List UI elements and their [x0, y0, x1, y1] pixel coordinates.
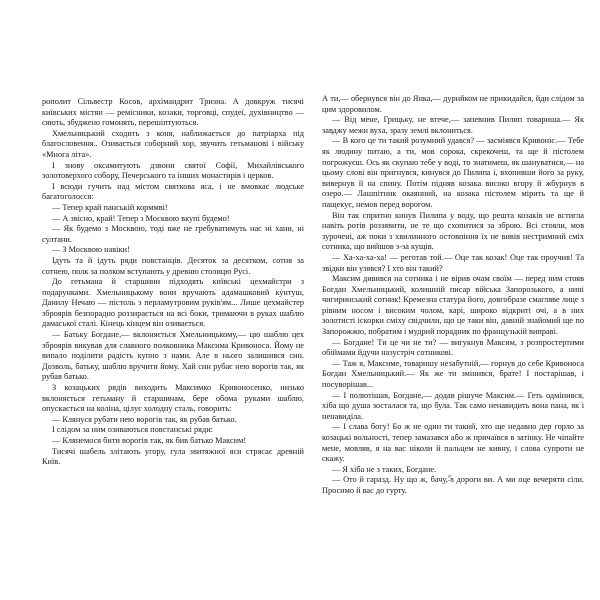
paragraph: До гетьмана й старшини підходять київськ… [42, 277, 304, 330]
paragraph: — В кого це ти такий розумний удався? — … [322, 136, 584, 210]
paragraph: Хмельницький сходить з коня, наближаєтьс… [42, 129, 304, 161]
paragraph: — Тепер край панській корммві! [42, 203, 304, 214]
paragraph: А ти,— обернувся він до Янка,— дурнйком … [322, 94, 584, 115]
paragraph: І всюди гучить над містом святкова яса, … [42, 182, 304, 203]
paragraph: — Таж я, Максиме, товаришу незабутній,— … [322, 359, 584, 391]
paragraph: рополит Сільвестр Косов, архімандрит Три… [42, 97, 304, 129]
paragraph: — А звісно, край! Тепер з Москвою вкупі … [42, 214, 304, 225]
paragraph: — Клянуся рубати нею ворогів так, як руб… [42, 415, 304, 426]
paragraph: — Клянемося бити ворогів так, як бив бат… [42, 436, 304, 447]
paragraph: — З Москвою навіки! [42, 245, 304, 256]
paragraph: З козацьких рядів виходить Максимко Крив… [42, 383, 304, 415]
paragraph: — Богдане! Ти це чи не ти? — вигукнув Ма… [322, 338, 584, 359]
paragraph: — Ха-ха-ха-ха! — реготав той.— Оце так к… [322, 253, 584, 274]
paragraph: І знову оксамитують дзвони святої Софії,… [42, 161, 304, 182]
paragraph: — І слава богу! Бо ж не один ти такий, х… [322, 422, 584, 464]
paragraph: Тисячі шабель злітають угору, гула звитя… [42, 447, 304, 468]
paragraph: — І полютішав, Богдане,— додав рішуче Ма… [322, 391, 584, 423]
paragraph: — Батьку Богдане,— вклоняється Хмельниць… [42, 330, 304, 383]
paragraph: — Ото й гаразд. Ну що ж, бачу, з дороги … [322, 475, 584, 496]
paragraph: — Я хіба не з таких, Богдане. [322, 465, 584, 476]
page-number: 5 [448, 474, 452, 483]
right-column: А ти,— обернувся він до Янка,— дурнйком … [322, 94, 584, 497]
left-column: рополит Сільвестр Косов, архімандрит Три… [42, 97, 304, 468]
paragraph: Ідуть та й ідуть ряди повстанців. Десято… [42, 256, 304, 277]
paragraph: — Як будемо з Москвою, тоді вже не гребу… [42, 224, 304, 245]
paragraph: І слідом за ним озиваються повстанські р… [42, 425, 304, 436]
paragraph: — Від мене, Грицьку, не втече,— запевнив… [322, 115, 584, 136]
paragraph: Максим дивився на сотника і не вірив оча… [322, 274, 584, 338]
paragraph: Він так спритно кинув Пилипа у воду, що … [322, 211, 584, 253]
